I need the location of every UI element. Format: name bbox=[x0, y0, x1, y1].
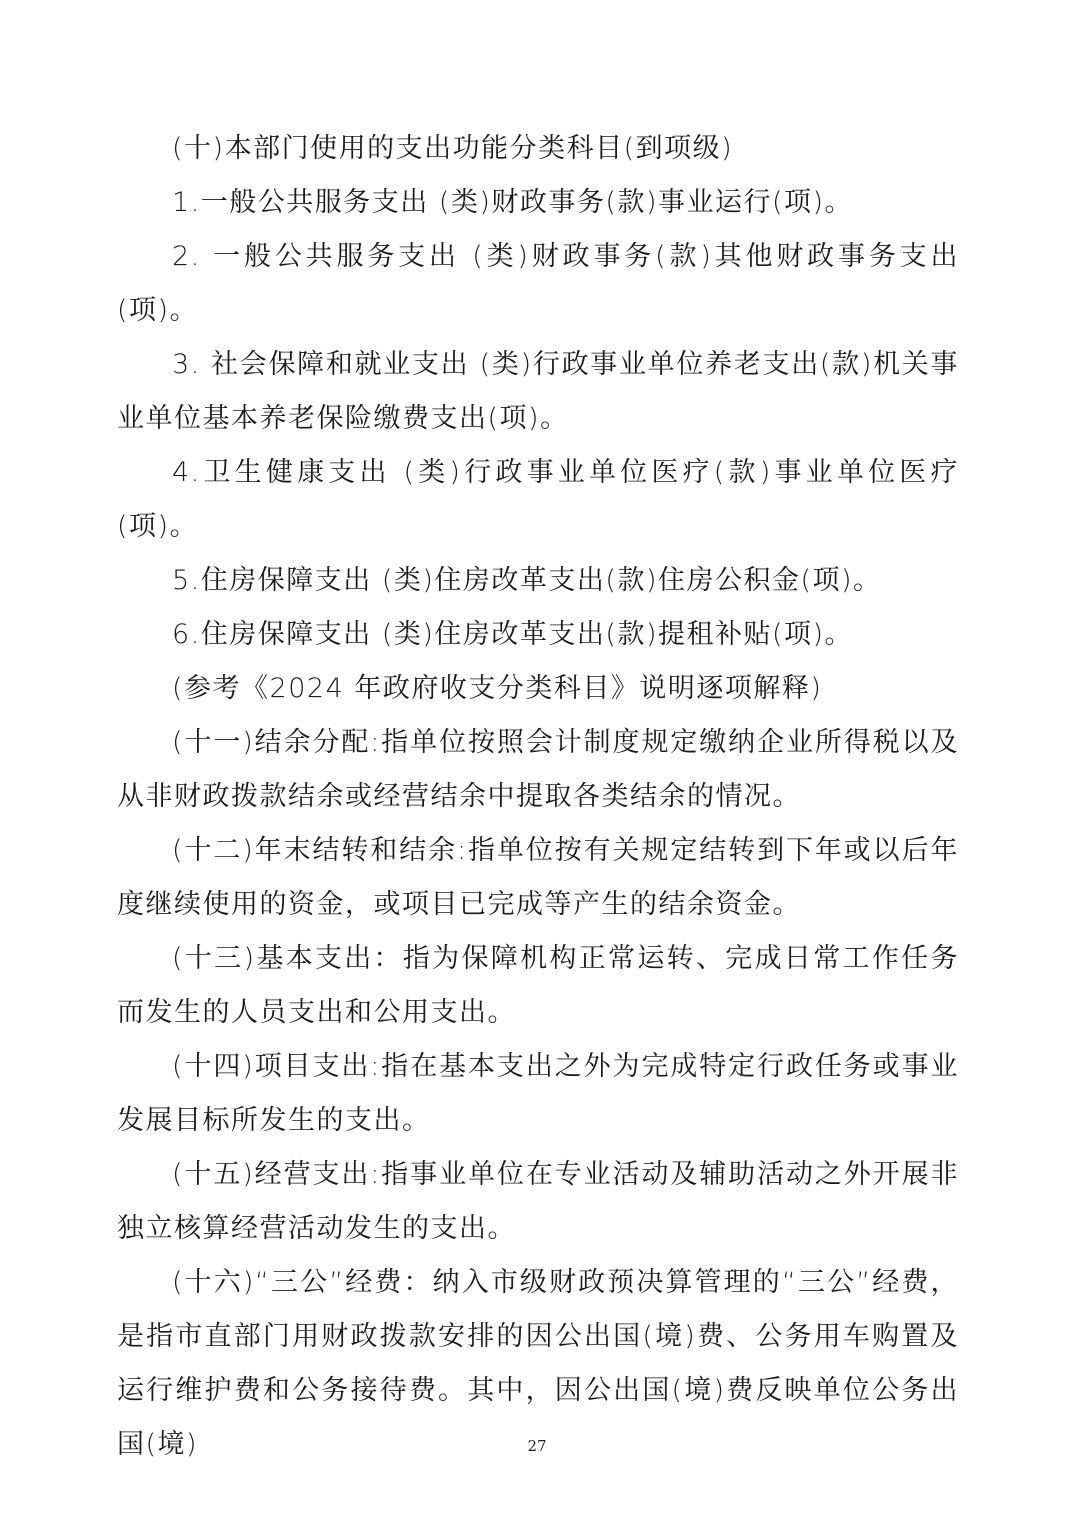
list-item-6: 6.住房保障支出 (类)住房改革支出(款)提租补贴(项)。 bbox=[117, 608, 959, 662]
reference-note: (参考《2024 年政府收支分类科目》说明逐项解释) bbox=[117, 662, 959, 716]
list-item-4: 4.卫生健康支出 (类)行政事业单位医疗(款)事业单位医疗(项)。 bbox=[117, 446, 959, 554]
page-number: 27 bbox=[0, 1437, 1074, 1455]
document-body: (十)本部门使用的支出功能分类科目(到项级) 1.一般公共服务支出 (类)财政事… bbox=[117, 122, 959, 1472]
list-item-3: 3. 社会保障和就业支出 (类)行政事业单位养老支出(款)机关事业单位基本养老保… bbox=[117, 338, 959, 446]
list-item-5: 5.住房保障支出 (类)住房改革支出(款)住房公积金(项)。 bbox=[117, 554, 959, 608]
definition-operating-expenditure: (十五)经营支出:指事业单位在专业活动及辅助活动之外开展非独立核算经营活动发生的… bbox=[117, 1148, 959, 1256]
definition-project-expenditure: (十四)项目支出:指在基本支出之外为完成特定行政任务或事业发展目标所发生的支出。 bbox=[117, 1040, 959, 1148]
definition-year-end-carryover: (十二)年末结转和结余:指单位按有关规定结转到下年或以后年度继续使用的资金，或项… bbox=[117, 824, 959, 932]
section-heading-expenditure-classification: (十)本部门使用的支出功能分类科目(到项级) bbox=[117, 122, 959, 176]
list-item-1: 1.一般公共服务支出 (类)财政事务(款)事业运行(项)。 bbox=[117, 176, 959, 230]
definition-surplus-distribution: (十一)结余分配:指单位按照会计制度规定缴纳企业所得税以及从非财政拨款结余或经营… bbox=[117, 716, 959, 824]
definition-basic-expenditure: (十三)基本支出：指为保障机构正常运转、完成日常工作任务而发生的人员支出和公用支… bbox=[117, 932, 959, 1040]
list-item-2: 2. 一般公共服务支出 (类)财政事务(款)其他财政事务支出(项)。 bbox=[117, 230, 959, 338]
